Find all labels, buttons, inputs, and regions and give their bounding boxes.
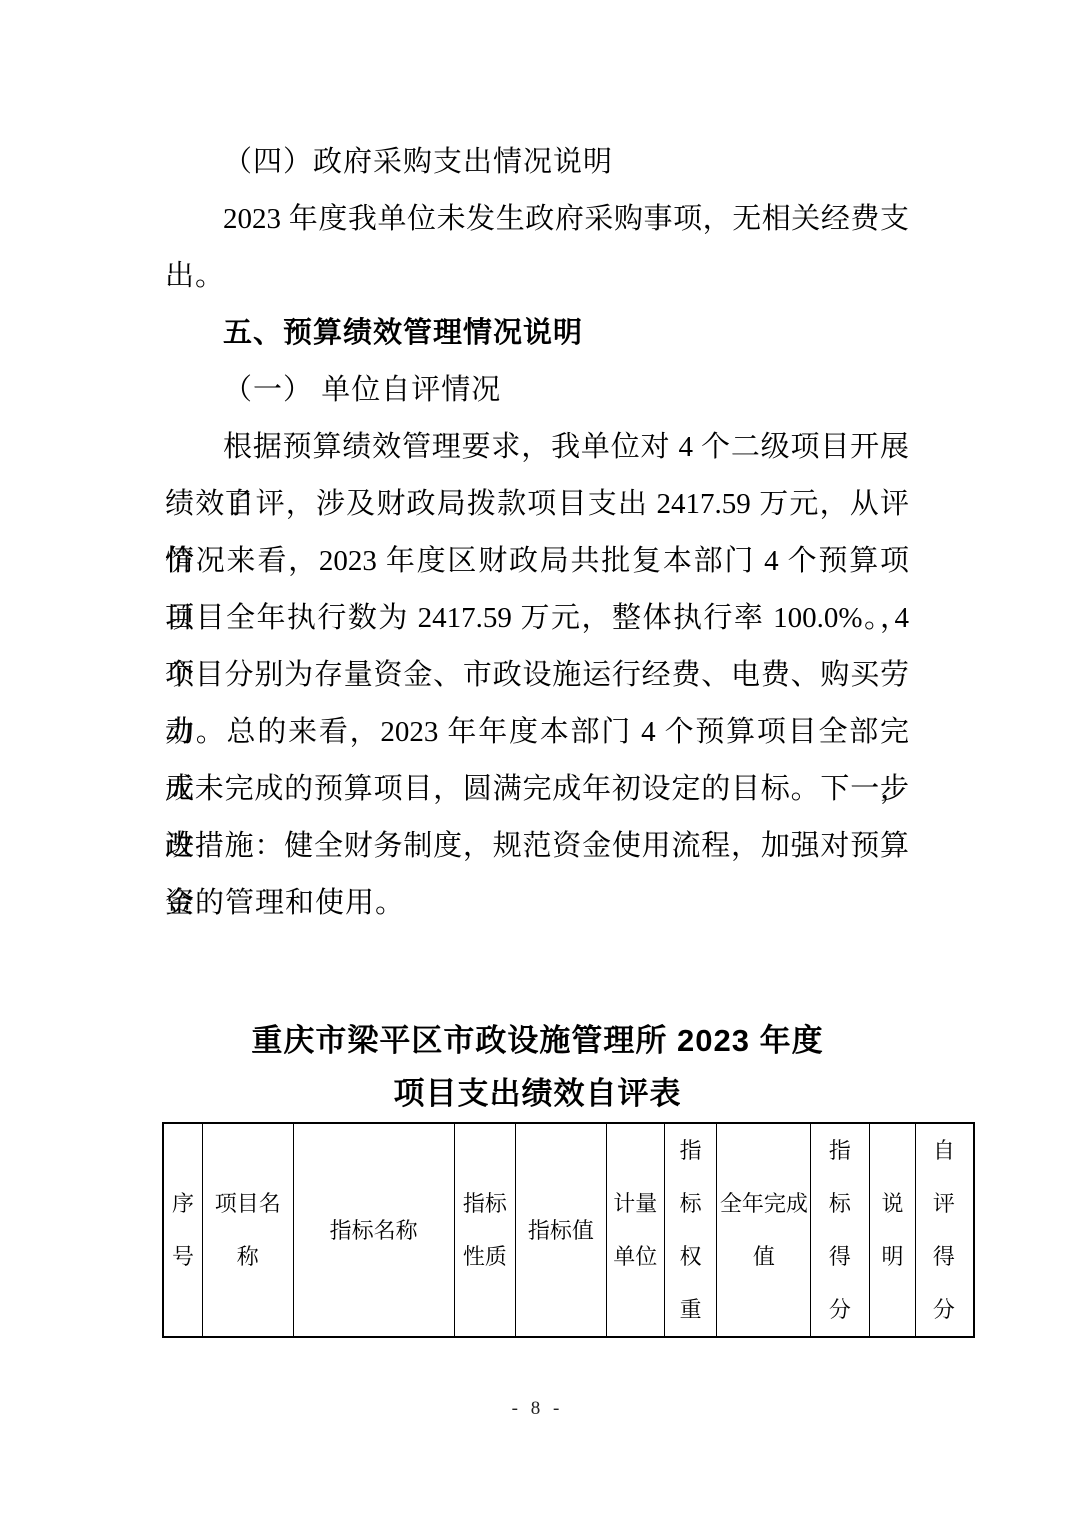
column-header-serial-number: 序 号 — [164, 1124, 202, 1336]
column-header-unit: 计量 单位 — [606, 1124, 664, 1336]
document-body: （四）政府采购支出情况说明 2023 年度我单位未发生政府采购事项，无相关经费支… — [165, 134, 909, 932]
column-header-indicator-type: 指标 性质 — [454, 1124, 515, 1336]
text-line: 绩效自评，涉及财政局拨款项目支出 2417.59 万元，从评价 — [165, 476, 909, 533]
column-header-indicator-weight: 指 标 权 重 — [664, 1124, 717, 1336]
text-line: 情况来看，2023 年度区财政局共批复本部门 4 个预算项目， — [165, 533, 909, 590]
table-title: 重庆市梁平区市政设施管理所 2023 年度 项目支出绩效自评表 — [0, 1014, 1075, 1120]
page-number: - 8 - — [0, 1398, 1075, 1420]
column-header-indicator-value: 指标值 — [515, 1124, 606, 1336]
column-header-notes: 说 明 — [869, 1124, 916, 1336]
text-line: 力。总的来看，2023 年年度本部门 4 个预算项目全部完成， — [165, 704, 909, 761]
column-header-project-name: 项目名 称 — [202, 1124, 293, 1336]
text-line: 出。 — [165, 248, 909, 305]
document-page: （四）政府采购支出情况说明 2023 年度我单位未发生政府采购事项，无相关经费支… — [0, 0, 1075, 1520]
text-line: 项目分别为存量资金、市政设施运行经费、电费、购买劳动 — [165, 647, 909, 704]
text-line: 2023 年度我单位未发生政府采购事项，无相关经费支 — [165, 191, 909, 248]
text-line: 金的管理和使用。 — [165, 875, 909, 932]
column-header-indicator-name: 指标名称 — [293, 1124, 454, 1336]
table-title-line-1: 重庆市梁平区市政设施管理所 2023 年度 — [0, 1014, 1075, 1067]
table-title-line-2: 项目支出绩效自评表 — [0, 1067, 1075, 1120]
self-evaluation-table: 序 号 项目名 称 指标名称 指标 性质 指标值 计量 单位 指 标 权 重 全… — [162, 1122, 975, 1338]
text-line: 根据预算绩效管理要求，我单位对 4 个二级项目开展了 — [165, 419, 909, 476]
column-header-indicator-score: 指 标 得 分 — [810, 1124, 868, 1336]
section-heading-procurement: （四）政府采购支出情况说明 — [165, 134, 909, 191]
column-header-self-score: 自 评 得 分 — [915, 1124, 971, 1336]
column-header-annual-completion: 全年完成 值 — [716, 1124, 810, 1336]
text-line: 进措施：健全财务制度，规范资金使用流程，加强对预算资 — [165, 818, 909, 875]
text-line: 无未完成的预算项目，圆满完成年初设定的目标。下一步改 — [165, 761, 909, 818]
text-line: 项目全年执行数为 2417.59 万元，整体执行率 100.0%。4 个 — [165, 590, 909, 647]
section-heading-performance: 五、预算绩效管理情况说明 — [165, 305, 909, 362]
sub-heading-self-evaluation: （一） 单位自评情况 — [165, 362, 909, 419]
